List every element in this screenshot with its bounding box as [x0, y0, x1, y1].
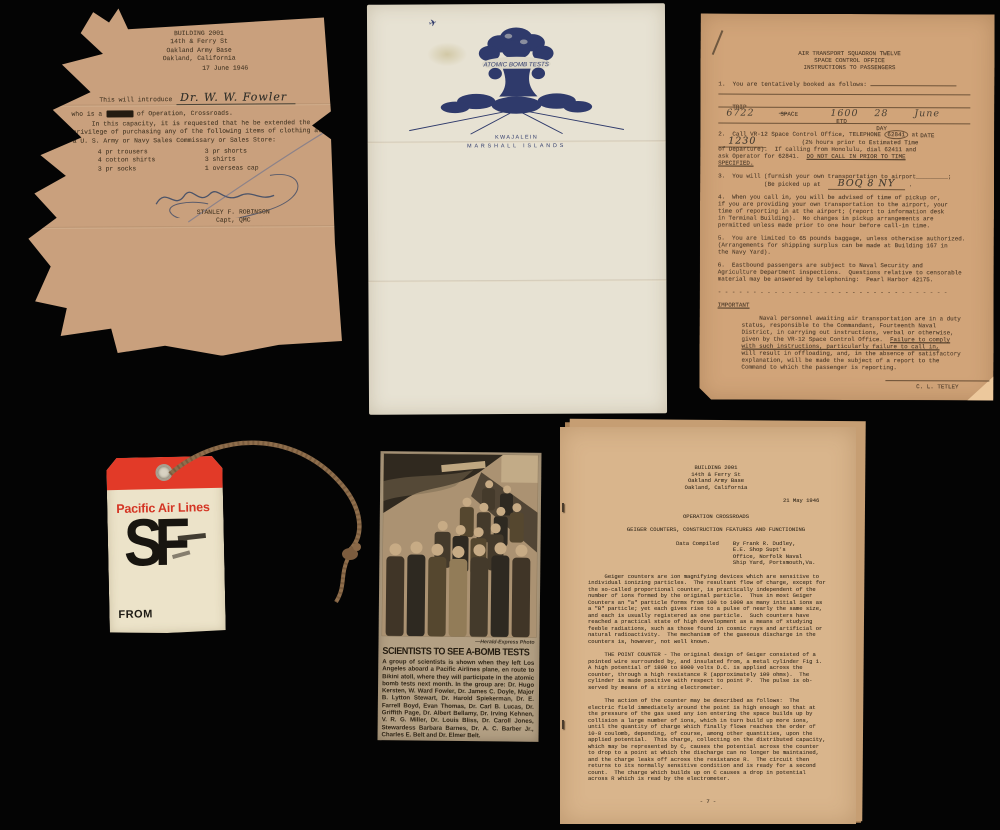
mushroom-cloud-illustration: ✈ — [401, 9, 632, 160]
airplane-icon: ✈ — [428, 17, 438, 30]
blank-line — [870, 80, 956, 86]
col-date: DATE — [920, 132, 934, 139]
letterhead-stationery-document: ✈ — [367, 3, 667, 415]
staple — [562, 503, 564, 512]
report-paragraph-1: Geiger counters are ion magnifying devic… — [588, 574, 832, 646]
item1-text: 1. You are tentatively booked as follows… — [718, 81, 870, 89]
handwritten-space: — — [778, 108, 789, 119]
booking-table: TRIP SPACE ETD DAY DATE 6722 — 1600 28 J… — [718, 94, 970, 125]
instruction-item-4: 4. When you call in, you will be advised… — [718, 194, 980, 230]
compiled-label: Data Compiled — [676, 541, 719, 567]
item2-tail: at — [908, 131, 919, 138]
compiled-by: By Frank R. Dudley, E.E. Shop Supt's Off… — [733, 541, 816, 567]
booking-table-values-row: 6722 — 1600 28 June — [718, 108, 970, 125]
handwritten-day: 28 — [874, 108, 888, 119]
instructions-title: AIR TRANSPORT SQUADRON TWELVE SPACE CONT… — [718, 50, 980, 72]
intro-letter-document: BUILDING 2001 14th & Ferry St Oakland Ar… — [27, 7, 345, 357]
tag-string — [150, 428, 390, 638]
instruction-item-1: 1. You are tentatively booked as follows… — [718, 80, 980, 89]
overstruck-word: member — [106, 110, 133, 117]
col-day: DAY — [876, 125, 887, 132]
important-heading: IMPORTANT — [718, 302, 980, 310]
typed-signature-block: STANLEY F. ROBINSONCapt, QMC — [158, 208, 308, 226]
passenger-instructions-document: AIR TRANSPORT SQUADRON TWELVE SPACE CONT… — [699, 13, 994, 400]
report-title-operation: OPERATION CROSSROADS — [588, 514, 844, 521]
intro-text: This will introduce — [99, 96, 172, 104]
handwritten-name: Dr. W. W. Fowler — [176, 90, 295, 105]
letter-return-address: BUILDING 2001 14th & Ferry St Oakland Ar… — [119, 29, 279, 64]
signed-name: STANLEY F. ROBINSON — [197, 208, 270, 216]
signer-name: C. L. TETLEY — [885, 380, 989, 390]
compiled-by-block: Data Compiled By Frank R. Dudley, E.E. S… — [676, 541, 844, 567]
who-text: who is a — [72, 111, 103, 118]
from-label: FROM — [118, 608, 153, 621]
page-number: - 7 - — [560, 799, 856, 806]
handwritten-trip: 6722 — [726, 108, 754, 119]
letterhead-location-1: KWAJALEIN — [495, 135, 538, 141]
report-date: 21 May 1946 — [783, 498, 844, 505]
clipping-body-text: A group of scientists is shown when they… — [382, 658, 535, 740]
circled-phone-number: 62841 — [884, 130, 908, 139]
fold-crease — [368, 279, 666, 283]
report-return-address: BUILDING 2001 14th & Ferry St Oakland Ar… — [588, 465, 844, 491]
report-paragraph-2: THE POINT COUNTER - The original design … — [588, 652, 832, 691]
booking-table-header-row: TRIP SPACE ETD DAY DATE — [718, 95, 970, 109]
dashed-separator: - - - - - - - - - - - - - - - - - - - - … — [718, 289, 980, 297]
staple — [562, 720, 564, 729]
letter-date: 17 June 1946 — [202, 65, 248, 74]
letterhead-location-2: MARSHALL ISLANDS — [467, 143, 566, 150]
archival-documents-collage: BUILDING 2001 14th & Ferry St Oakland Ar… — [0, 0, 1000, 830]
letter-intro-line: This will introduce Dr. W. W. Fowler — [99, 93, 295, 105]
group-photo — [382, 453, 539, 638]
item3-tail: . — [905, 181, 912, 188]
signed-title: Capt, QMC — [216, 217, 251, 224]
report-paragraph-3: The action of the counter may be describ… — [588, 698, 832, 783]
letterhead-title: ATOMIC BOMB TESTS — [483, 61, 550, 68]
radiating-base-lines — [409, 110, 624, 134]
instruction-item-5: 5. You are limited to 65 pounds baggage,… — [718, 235, 980, 257]
handwritten-etd: 1600 — [830, 108, 858, 119]
handwritten-date: June — [914, 108, 940, 119]
report-title-subject: GEIGER COUNTERS, CONSTRUCTION FEATURES A… — [588, 527, 844, 534]
instruction-item-2: 2. Call VR-12 Space Control Office, TELE… — [718, 131, 980, 168]
newspaper-clipping: —Herald-Express Photo SCIENTISTS TO SEE … — [377, 451, 541, 742]
important-paragraph: Naval personnel awaiting air transportat… — [741, 315, 979, 372]
instruction-item-3: 3. You will (furnish your own transporta… — [718, 173, 980, 189]
instruction-item-6: 6. Eastbound passengers are subject to N… — [718, 262, 980, 284]
handwritten-pickup-location: BOQ 8 NY — [828, 178, 905, 190]
geiger-counter-report-document: BUILDING 2001 14th & Ferry St Oakland Ar… — [560, 427, 856, 824]
who-text-tail: of Operation, Crossroads. — [137, 110, 233, 118]
clipping-headline: SCIENTISTS TO SEE A-BOMB TESTS — [382, 645, 535, 657]
